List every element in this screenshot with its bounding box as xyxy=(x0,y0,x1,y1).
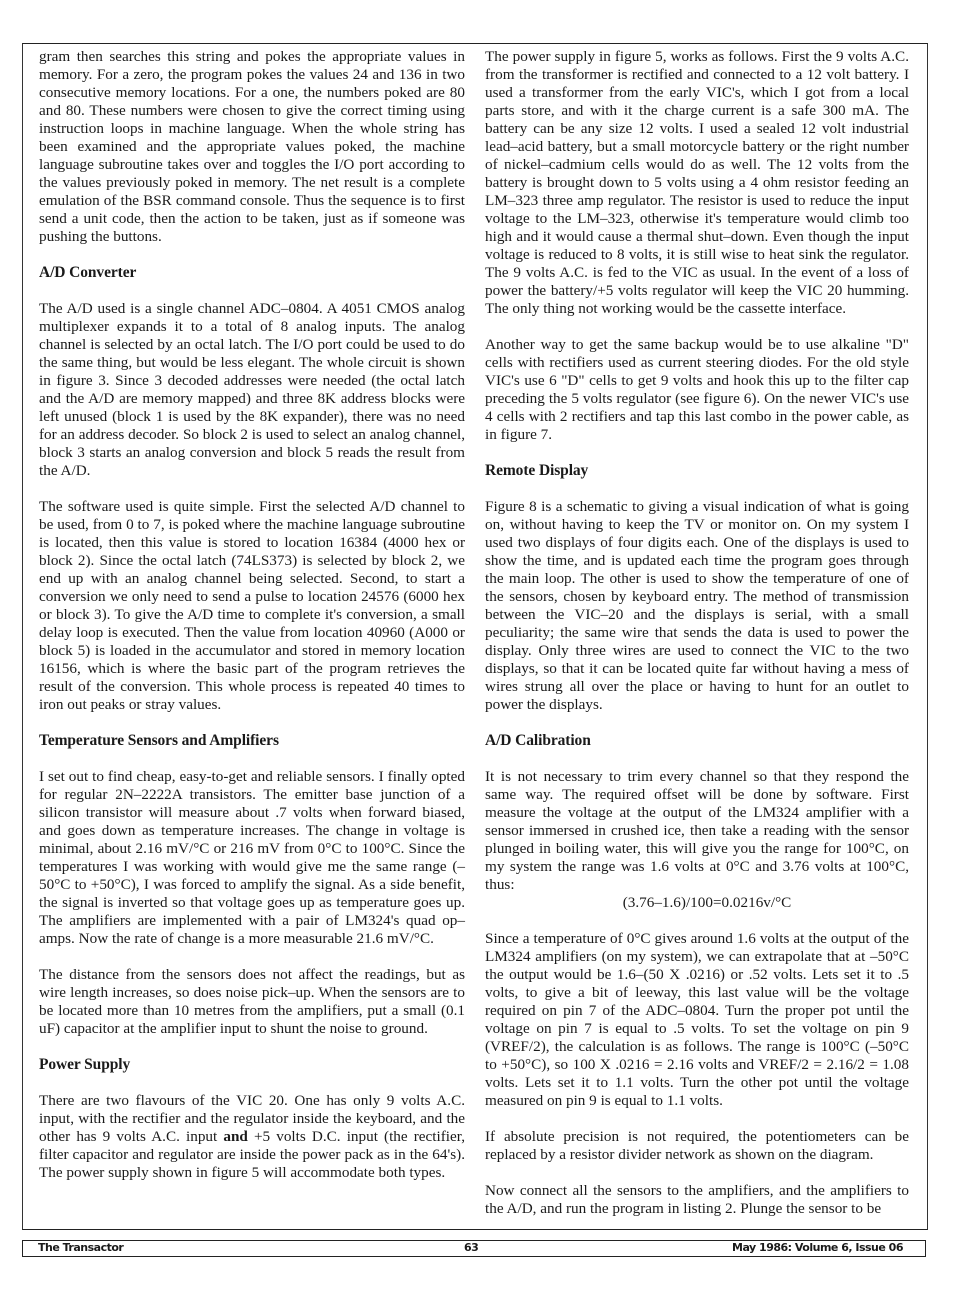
paragraph-connect-sensors: Now connect all the sensors to the ampli… xyxy=(485,1182,909,1218)
bold-text: and xyxy=(223,1128,248,1145)
paragraph-bsr-emulation: gram then searches this string and pokes… xyxy=(39,48,465,246)
left-column: gram then searches this string and pokes… xyxy=(39,48,465,1182)
footer-issue: May 1986: Volume 6, Issue 06 xyxy=(732,1241,903,1255)
paragraph-power-supply-works: The power supply in figure 5, works as f… xyxy=(485,48,909,318)
paragraph-ad-converter: The A/D used is a single channel ADC–080… xyxy=(39,300,465,480)
heading-power-supply: Power Supply xyxy=(39,1056,465,1074)
paragraph-extrapolation: Since a temperature of 0°C gives around … xyxy=(485,930,909,1110)
heading-ad-converter: A/D Converter xyxy=(39,264,465,282)
paragraph-noise: The distance from the sensors does not a… xyxy=(39,966,465,1038)
paragraph-d-cells: Another way to get the same backup would… xyxy=(485,336,909,444)
footer-publication: The Transactor xyxy=(38,1241,123,1255)
right-column: The power supply in figure 5, works as f… xyxy=(485,48,909,1218)
page-footer: The Transactor 63 May 1986: Volume 6, Is… xyxy=(22,1240,926,1257)
heading-ad-calibration: A/D Calibration xyxy=(485,732,909,750)
paragraph-remote-display: Figure 8 is a schematic to giving a visu… xyxy=(485,498,909,714)
paragraph-software: The software used is quite simple. First… xyxy=(39,498,465,714)
calibration-formula: (3.76–1.6)/100=0.0216v/°C xyxy=(485,894,909,912)
paragraph-vic-flavours: There are two flavours of the VIC 20. On… xyxy=(39,1092,465,1182)
paragraph-resistor-divider: If absolute precision is not required, t… xyxy=(485,1128,909,1164)
heading-temperature-sensors: Temperature Sensors and Amplifiers xyxy=(39,732,465,750)
paragraph-calibration: It is not necessary to trim every channe… xyxy=(485,768,909,894)
footer-page-number: 63 xyxy=(464,1241,478,1255)
heading-remote-display: Remote Display xyxy=(485,462,909,480)
paragraph-sensors: I set out to find cheap, easy-to-get and… xyxy=(39,768,465,948)
